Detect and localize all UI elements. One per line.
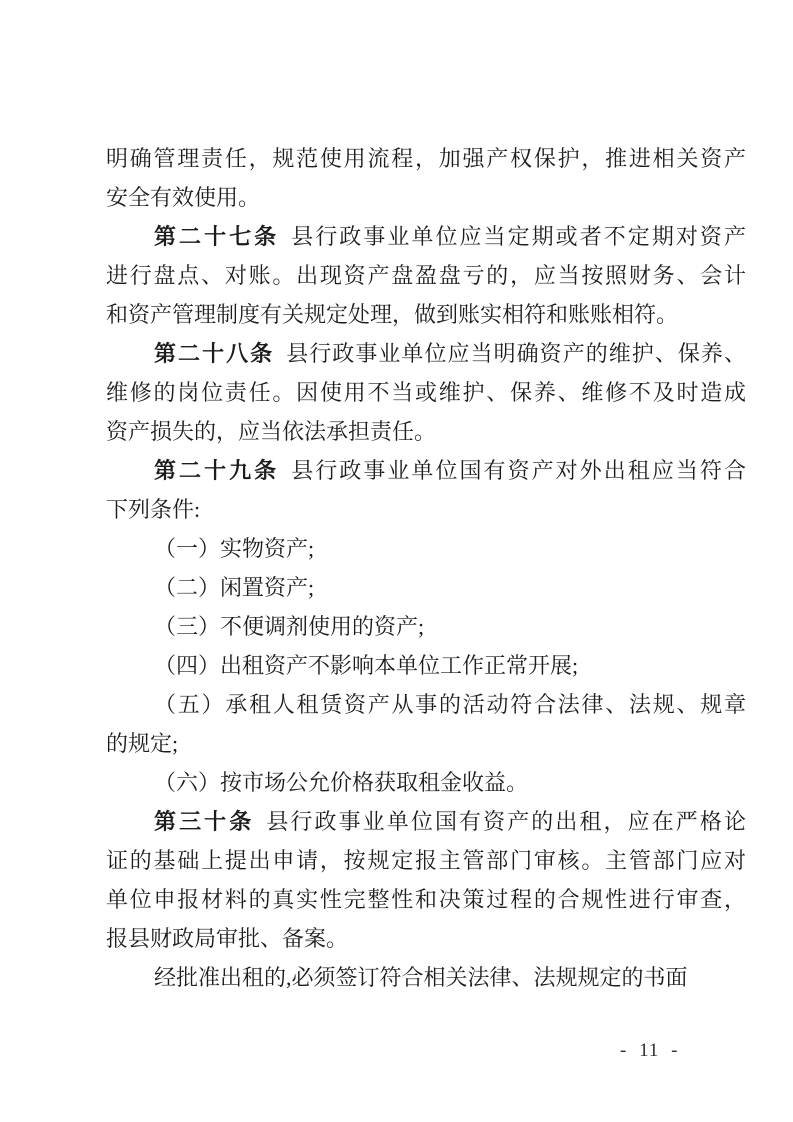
text-line: 经批准出租的,必须签订符合相关法律、法规规定的书面	[106, 958, 746, 997]
text-line: （三）不便调剂使用的资产;	[106, 607, 746, 646]
text-line: 进行盘点、对账。出现资产盘盈盘亏的，应当按照财务、会计	[106, 256, 746, 295]
text-line: 和资产管理制度有关规定处理，做到账实相符和账账相符。	[106, 295, 746, 334]
article-number: 第二十八条	[154, 341, 274, 366]
text-line: （四）出租资产不影响本单位工作正常开展;	[106, 646, 746, 685]
text-line: 维修的岗位责任。因使用不当或维护、保养、维修不及时造成	[106, 373, 746, 412]
text-line: 第二十八条县行政事业单位应当明确资产的维护、保养、	[106, 334, 746, 373]
article-number: 第二十九条	[154, 458, 279, 483]
text-line: 单位申报材料的真实性完整性和决策过程的合规性进行审查，	[106, 880, 746, 919]
page-number: - 11 -	[620, 1040, 700, 1062]
document-page: 明确管理责任，规范使用流程，加强产权保护，推进相关资产安全有效使用。第二十七条县…	[0, 0, 793, 1122]
text-line: （一）实物资产;	[106, 529, 746, 568]
text-line: （二）闲置资产;	[106, 568, 746, 607]
text-line: 安全有效使用。	[106, 178, 746, 217]
article-number: 第二十七条	[154, 224, 279, 249]
document-body: 明确管理责任，规范使用流程，加强产权保护，推进相关资产安全有效使用。第二十七条县…	[106, 139, 746, 997]
text-line: 报县财政局审批、备案。	[106, 919, 746, 958]
article-number: 第三十条	[154, 809, 254, 834]
text-line: （五）承租人租赁资产从事的活动符合法律、法规、规章	[106, 685, 746, 724]
text-line: 资产损失的，应当依法承担责任。	[106, 412, 746, 451]
text-line: 第二十九条县行政事业单位国有资产对外出租应当符合	[106, 451, 746, 490]
text-line: 第三十条县行政事业单位国有资产的出租，应在严格论	[106, 802, 746, 841]
text-line: 明确管理责任，规范使用流程，加强产权保护，推进相关资产	[106, 139, 746, 178]
text-line: 的规定;	[106, 724, 746, 763]
text-line: 证的基础上提出申请，按规定报主管部门审核。主管部门应对	[106, 841, 746, 880]
text-line: 第二十七条县行政事业单位应当定期或者不定期对资产	[106, 217, 746, 256]
text-line: （六）按市场公允价格获取租金收益。	[106, 763, 746, 802]
text-line: 下列条件:	[106, 490, 746, 529]
